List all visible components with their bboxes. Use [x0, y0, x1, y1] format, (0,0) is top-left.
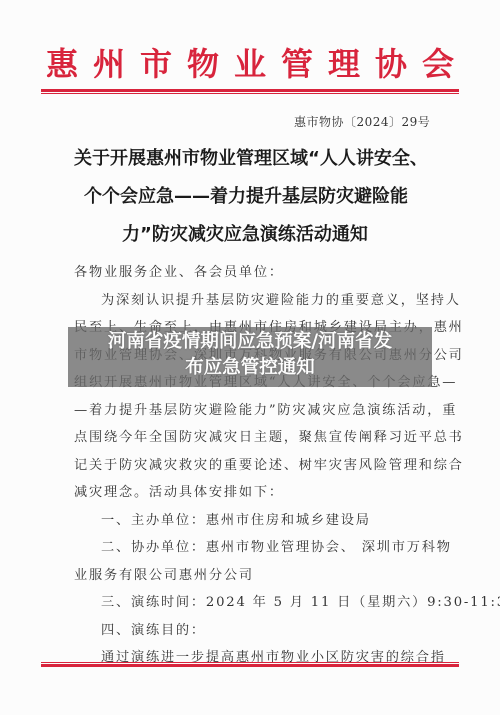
overlay-title-line-1: 河南省疫情期间应急预案/河南省发	[68, 329, 432, 355]
rule-thin-line	[41, 93, 459, 94]
body-line: 通过演练进一步提高惠州市物业小区防灾害的综合指	[74, 644, 436, 672]
document-number: 惠市物协〔2024〕29号	[294, 113, 430, 130]
body-line: —着力提升基层防灾避险能力”防灾减灾应急演练活动，重	[74, 397, 436, 425]
body-line: 记关于防灾减灾救灾的重要论述、树牢灾害风险管理和综合	[74, 452, 436, 480]
item-co-organizer: 二、协办单位：惠州市物业管理协会、 深圳市万科物	[74, 534, 436, 562]
overlay-title[interactable]: 河南省疫情期间应急预案/河南省发 布应急管控通知	[68, 329, 432, 381]
header-red-rule	[41, 89, 459, 94]
body-line: 为深刻认识提升基层防灾避险能力的重要意义，坚持人	[74, 287, 436, 315]
body-line: 减灾理念。活动具体安排如下：	[74, 479, 436, 507]
body-line: 点围绕今年全国防灾减灾日主题，聚焦宣传阐释习近平总书	[74, 424, 436, 452]
title-line-2: 个个会应急——着力提升基层防灾避险能	[60, 178, 450, 216]
salutation: 各物业服务企业、各会员单位：	[74, 259, 436, 287]
document-title: 关于开展惠州市物业管理区域“人人讲安全、 个个会应急——着力提升基层防灾避险能 …	[60, 140, 450, 254]
rule-thick-line	[41, 664, 459, 667]
rule-thick-line	[41, 89, 459, 92]
title-line-3: 力”防灾减灾应急演练活动通知	[60, 216, 450, 254]
item-co-organizer-cont: 业服务有限公司惠州分公司	[74, 562, 436, 590]
item-organizer: 一、主办单位：惠州市住房和城乡建设局	[74, 507, 436, 535]
title-line-1: 关于开展惠州市物业管理区域“人人讲安全、	[60, 140, 450, 178]
overlay-title-line-2: 布应急管控通知	[68, 355, 432, 381]
footer-red-rule	[41, 662, 459, 667]
document-page: 惠州市物业管理协会 惠市物协〔2024〕29号 关于开展惠州市物业管理区域“人人…	[0, 0, 500, 715]
item-drill-purpose: 四、演练目的：	[74, 617, 436, 645]
rule-thin-line	[41, 662, 459, 663]
document-body: 各物业服务企业、各会员单位： 为深刻认识提升基层防灾避险能力的重要意义，坚持人 …	[74, 259, 436, 672]
item-drill-time: 三、演练时间：2024 年 5 月 11 日（星期六）9:30-11:30	[74, 589, 436, 617]
organization-header: 惠州市物业管理协会	[0, 44, 500, 84]
